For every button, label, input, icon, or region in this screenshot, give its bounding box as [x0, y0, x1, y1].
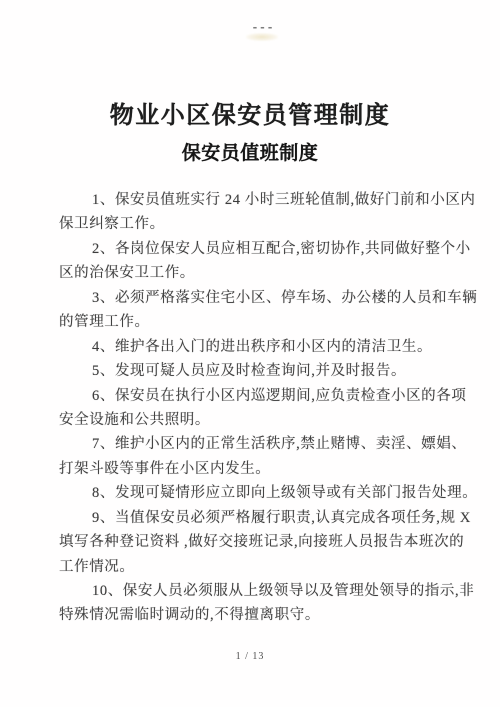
paragraph-9: 9、当值保安员必须严格履行职责,认真完成各项任务,规 X 填写各种登记资料 ,做… — [59, 506, 443, 579]
text-line: 区的治保安卫工作。 — [59, 261, 443, 285]
text-line: 4、维护各出入门的进出秩序和小区内的清洁卫生。 — [59, 335, 443, 359]
text-line: 9、当值保安员必须严格履行职责,认真完成各项任务,规 X — [59, 506, 443, 530]
text-line: 工作情况。 — [59, 555, 443, 579]
text-line: 1、保安员值班实行 24 小时三班轮值制,做好门前和小区内 — [59, 188, 443, 212]
text-line: 2、各岗位保安人员应相互配合,密切协作,共同做好整个小 — [59, 237, 443, 261]
text-line: 打架斗殴等事件在小区内发生。 — [59, 457, 443, 481]
text-line: 10、保安人员必须服从上级领导以及管理处领导的指示,非 — [59, 579, 443, 603]
document-subtitle: 保安员值班制度 — [0, 138, 500, 165]
text-line: 保卫纠察工作。 — [59, 212, 443, 236]
scan-dashes-mark: --- — [246, 23, 280, 33]
paragraph-6: 6、保安员在执行小区内巡逻期间,应负责检查小区的各项 安全设施和公共照明。 — [59, 384, 443, 433]
paragraph-10: 10、保安人员必须服从上级领导以及管理处领导的指示,非 特殊情况需临时调动的,不… — [59, 579, 443, 628]
text-line: 6、保安员在执行小区内巡逻期间,应负责检查小区的各项 — [59, 384, 443, 408]
document-body: 1、保安员值班实行 24 小时三班轮值制,做好门前和小区内 保卫纠察工作。 2、… — [59, 188, 443, 628]
document-page: --- 物业小区保安员管理制度 保安员值班制度 1、保安员值班实行 24 小时三… — [0, 0, 500, 707]
smudge-mark — [246, 33, 278, 41]
text-line: 的管理工作。 — [59, 310, 443, 334]
paragraph-5: 5、发现可疑人员应及时检查询问,并及时报告。 — [59, 359, 443, 383]
text-line: 安全设施和公共照明。 — [59, 408, 443, 432]
paragraph-4: 4、维护各出入门的进出秩序和小区内的清洁卫生。 — [59, 335, 443, 359]
text-line: 填写各种登记资料 ,做好交接班记录,向接班人员报告本班次的 — [59, 530, 443, 554]
page-number: 1 / 13 — [0, 651, 500, 662]
paragraph-2: 2、各岗位保安人员应相互配合,密切协作,共同做好整个小 区的治保安卫工作。 — [59, 237, 443, 286]
document-title: 物业小区保安员管理制度 — [0, 95, 500, 130]
paragraph-7: 7、维护小区内的正常生活秩序,禁止赌博、卖淫、嫖娼、 打架斗殴等事件在小区内发生… — [59, 432, 443, 481]
text-line: 7、维护小区内的正常生活秩序,禁止赌博、卖淫、嫖娼、 — [59, 432, 443, 456]
paragraph-1: 1、保安员值班实行 24 小时三班轮值制,做好门前和小区内 保卫纠察工作。 — [59, 188, 443, 237]
text-line: 特殊情况需临时调动的,不得擅离职守。 — [59, 603, 443, 627]
paragraph-3: 3、必须严格落实住宅小区、停车场、办公楼的人员和车辆 的管理工作。 — [59, 286, 443, 335]
text-line: 8、发现可疑情形应立即向上级领导或有关部门报告处理。 — [59, 481, 443, 505]
text-line: 5、发现可疑人员应及时检查询问,并及时报告。 — [59, 359, 443, 383]
paragraph-8: 8、发现可疑情形应立即向上级领导或有关部门报告处理。 — [59, 481, 443, 505]
text-line: 3、必须严格落实住宅小区、停车场、办公楼的人员和车辆 — [59, 286, 443, 310]
